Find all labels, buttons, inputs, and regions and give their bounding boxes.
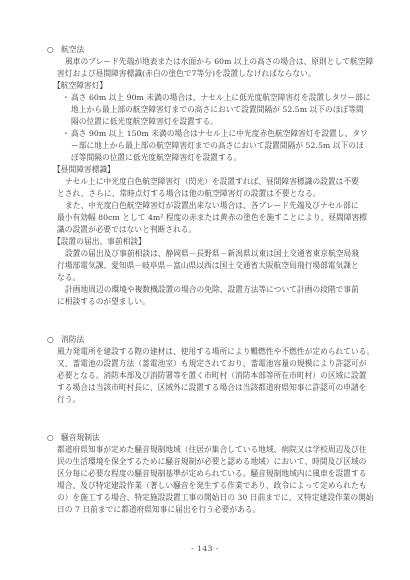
paragraph: 風車のブレード先端が地表または水面から 60m 以上の高さの場合は、原則として航…	[47, 56, 372, 80]
document-content: ○航空法風車のブレード先端が地表または水面から 60m 以上の高さの場合は、原則…	[47, 44, 372, 516]
section-title-text: 航空法	[61, 44, 84, 56]
paragraph: ナセル上に中光度白色航空障害灯（閃光）を設置すれば、昼間障害標識の設置は不要とさ…	[47, 176, 372, 200]
subsection-heading: 【昼間障害標識】	[47, 164, 372, 176]
section-heading: ○航空法	[47, 44, 372, 56]
text-line: 地上から最上部の航空障害灯までの高さにおいて設置間隔が 52.5m 以下のほぼ等…	[71, 104, 372, 116]
circle-list-marker: ○	[47, 44, 61, 56]
bullet-item: ・高さ 90m 以上 150m 未満の場合はナセル上に中光度赤色航空障害灯を設置…	[47, 128, 372, 164]
text-line: 高さ 60m 以上 90m 未満の場合は、ナセル上に低光度航空障害灯を設置しタワ…	[71, 92, 372, 104]
circle-list-marker: ○	[47, 334, 61, 346]
text-line: 識の設置が必要ではないと判断される。	[57, 224, 372, 236]
text-line: 最小有効幅 80cm として 4m² 程度の赤または黄赤の塗色を施すことにより、…	[57, 212, 372, 224]
text-line: 設置の届出及び事前相談は、静岡県－長野県－新潟県以東は国土交通省東京航空局飛	[57, 248, 372, 260]
page-number: - 143 -	[0, 544, 410, 553]
text-line: なる。	[57, 272, 372, 284]
subsection-heading: 【航空障害灯】	[47, 80, 372, 92]
section-heading: ○消防法	[47, 334, 372, 346]
dot-list-marker: ・	[62, 128, 71, 164]
bullet-item: ・高さ 60m 以上 90m 未満の場合は、ナセル上に低光度航空障害灯を設置しタ…	[47, 92, 372, 128]
text-line: 行う。	[57, 394, 372, 406]
text-line: する場合は当該市町村長に、区域外に設置する場合は当該都道府県知事に許認可の申請を	[57, 382, 372, 394]
paragraph: また、中光度白色航空障害灯が設置出来ない場合は、各ブレード先端及びナセル部に最小…	[47, 200, 372, 236]
text-line: 場合、及び特定建設作業（著しい騒音を発生する作業であり、政令によって定められたも	[57, 480, 372, 492]
text-line: 民の生活環境を保全するために騒音規制が必要と認める地域）において、時間及び区域の	[57, 456, 372, 468]
text-line: とされ、さらに、常時点灯する場合は他の航空障害灯の設置は不要となる。	[57, 188, 372, 200]
text-line: 又、蓄電池の設置方法（蓄電池室）も規定されており、蓄電池容量の規模により許認可が	[57, 358, 372, 370]
document-page: ○航空法風車のブレード先端が地表または水面から 60m 以上の高さの場合は、原則…	[0, 0, 410, 580]
section-title-text: 消防法	[61, 334, 84, 346]
text-line: 日の 7 日前までに都道府県知事に届出を行う必要がある。	[57, 504, 372, 516]
subsection-heading: 【設置の届出、事前相談】	[47, 236, 372, 248]
text-line: また、中光度白色航空障害灯が設置出来ない場合は、各ブレード先端及びナセル部に	[57, 200, 372, 212]
text-line: 隔の位置に低光度航空障害灯を設置する。	[71, 116, 372, 128]
section-heading: ○騒音規制法	[47, 432, 372, 444]
text-line: 必要となる。消防本部及び消防署等を置く市町村（消防本部等所在市町村）の区域に設置	[57, 370, 372, 382]
paragraph: 都道府県知事が定めた騒音規制地域（住居が集合している地域、病院又は学校周辺及び住…	[47, 444, 372, 516]
text-line: 区分毎に必要な程度の騒音規制基準が定められている。騒音規制地域内に風車を設置する	[57, 468, 372, 480]
text-line: 行場部電気課、愛知県－岐阜県－富山県以西は国土交通省大阪航空局飛行場部電気課と	[57, 260, 372, 272]
text-line: ー部に地上から最上部の航空障害灯までの高さにおいて設置間隔が 52.5m 以下の…	[71, 140, 372, 152]
text-line: ナセル上に中光度白色航空障害灯（閃光）を設置すれば、昼間障害標識の設置は不要	[57, 176, 372, 188]
section-3: ○騒音規制法都道府県知事が定めた騒音規制地域（住居が集合している地域、病院又は学…	[47, 432, 372, 516]
section-1: ○航空法風車のブレード先端が地表または水面から 60m 以上の高さの場合は、原則…	[47, 44, 372, 308]
text-line: に相談するのが望ましい。	[57, 296, 372, 308]
text-line: 高さ 90m 以上 150m 未満の場合はナセル上に中光度赤色航空障害灯を設置し…	[71, 128, 372, 140]
circle-list-marker: ○	[47, 432, 61, 444]
text-line: の）を施工する場合、特定施設設置工事の開始日の 30 日前までに、又特定建設作業…	[57, 492, 372, 504]
text-line: 風車のブレード先端が地表または水面から 60m 以上の高さの場合は、原則として航…	[57, 56, 372, 68]
bullet-text: 高さ 60m 以上 90m 未満の場合は、ナセル上に低光度航空障害灯を設置しタワ…	[71, 92, 372, 128]
bullet-text: 高さ 90m 以上 150m 未満の場合はナセル上に中光度赤色航空障害灯を設置し…	[71, 128, 372, 164]
text-line: 計画地周辺の環境や複数機設置の場合の免除、設置方法等について計画の段階で事前	[57, 284, 372, 296]
section-title-text: 騒音規制法	[61, 432, 100, 444]
text-line: ぼ等間隔の位置に低光度航空障害灯を設置する。	[71, 152, 372, 164]
section-2: ○消防法風力発電所を建設する際の建材は、使用する場所により難燃性や不燃性が定めら…	[47, 334, 372, 406]
paragraph: 計画地周辺の環境や複数機設置の場合の免除、設置方法等について計画の段階で事前に相…	[47, 284, 372, 308]
paragraph: 設置の届出及び事前相談は、静岡県－長野県－新潟県以東は国土交通省東京航空局飛行場…	[47, 248, 372, 284]
text-line: 害灯および昼間障害標識(赤白の塗色で7等分)を設置しなければならない。	[57, 68, 372, 80]
paragraph: 風力発電所を建設する際の建材は、使用する場所により難燃性や不燃性が定められている…	[47, 346, 372, 406]
text-line: 都道府県知事が定めた騒音規制地域（住居が集合している地域、病院又は学校周辺及び住	[57, 444, 372, 456]
text-line: 風力発電所を建設する際の建材は、使用する場所により難燃性や不燃性が定められている…	[57, 346, 372, 358]
dot-list-marker: ・	[62, 92, 71, 128]
